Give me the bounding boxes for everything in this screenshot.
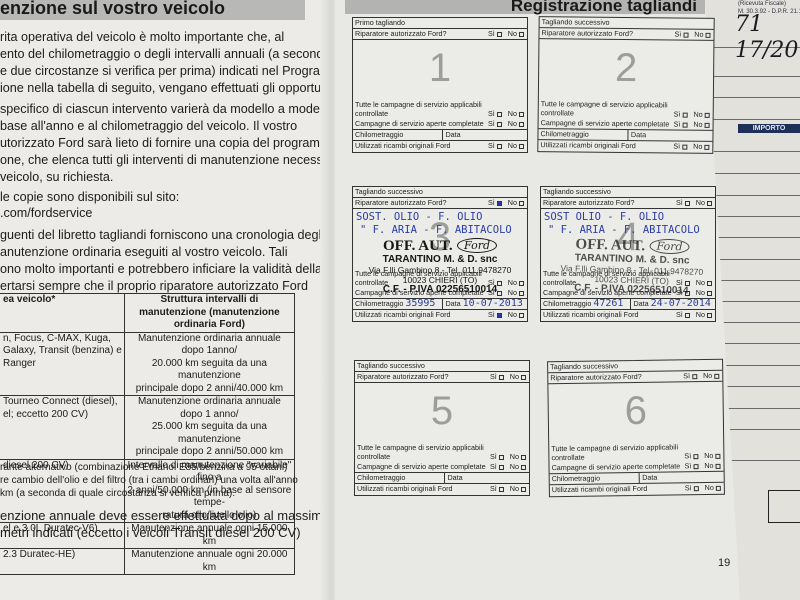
paragraph-line: specifico di ciascun intervento varierà … xyxy=(0,101,333,118)
no-checkbox[interactable] xyxy=(519,112,524,117)
receipt-handwriting: 71 17/2018 xyxy=(735,12,800,64)
vehicle-cell: 2.3 Duratec-HE) xyxy=(0,549,124,575)
yes-label: Sì xyxy=(674,110,681,119)
no-checkbox[interactable] xyxy=(519,144,524,149)
workshop-stamp: OFF. AUT. Ford TARANTINO M. & D. sncVia … xyxy=(543,235,720,298)
card-body: 5 xyxy=(355,383,529,443)
campaigns-checked-row: Tutte le campagne di servizio applicabil… xyxy=(539,99,713,119)
yes-label: Sì xyxy=(490,462,497,471)
handwritten-note: " F. ARIA - F. ABITACOLO xyxy=(360,224,512,236)
card-body: 6 xyxy=(548,382,723,444)
yes-label: Sì xyxy=(488,141,495,150)
left-page: enzione sul vostro veicolo rita operativ… xyxy=(0,0,320,600)
no-checkbox[interactable] xyxy=(519,32,524,37)
no-label: No xyxy=(696,310,705,319)
card-title: Primo tagliando xyxy=(353,18,527,29)
mileage-field[interactable]: Chilometraggio xyxy=(353,130,443,140)
yes-label: Sì xyxy=(684,461,691,470)
campaigns-checked-row: Tutte le campagne di servizio applicabil… xyxy=(355,443,529,461)
no-label: No xyxy=(693,120,702,129)
date-field[interactable]: Data xyxy=(445,473,529,483)
yes-checkbox[interactable] xyxy=(497,313,502,318)
no-label: No xyxy=(508,198,517,207)
interval-cell: Manutenzione annuale ogni 20.000 km xyxy=(124,549,294,575)
note-line: metri indicati (eccetto i veicoli Transi… xyxy=(0,524,301,541)
original-parts-row: Utilizzati ricambi originali FordSì No xyxy=(353,310,527,321)
note-line: enzione annuale deve essere effettuata d… xyxy=(0,507,329,524)
vehicle-cell: n, Focus, C-MAX, Kuga,Galaxy, Transit (b… xyxy=(0,332,124,396)
table-row: n, Focus, C-MAX, Kuga,Galaxy, Transit (b… xyxy=(0,332,295,396)
no-checkbox[interactable] xyxy=(716,463,721,468)
date-field[interactable]: Data xyxy=(443,130,527,140)
left-page-header: enzione sul vostro veicolo xyxy=(0,0,305,20)
card-body: 2 xyxy=(539,39,714,101)
yes-checkbox[interactable] xyxy=(499,487,504,492)
date-field[interactable]: Data xyxy=(629,130,713,141)
no-label: No xyxy=(508,119,517,128)
no-label: No xyxy=(693,142,702,151)
date-field[interactable]: Data xyxy=(640,472,724,483)
service-card-2: Tagliando successivo Riparatore autorizz… xyxy=(537,16,714,154)
no-label: No xyxy=(703,371,712,380)
service-card-5: Tagliando successivo Riparatore autorizz… xyxy=(354,360,530,496)
interval-cell: Manutenzione ordinaria annuale dopo 1 an… xyxy=(124,396,294,460)
no-label: No xyxy=(510,452,519,461)
original-parts-row: Utilizzati ricambi originali FordSì No xyxy=(355,484,529,495)
date-field[interactable]: Data 24-07-2014 xyxy=(631,299,715,309)
no-label: No xyxy=(508,29,517,38)
receipt-title: (Ricevuta Fiscale) xyxy=(738,0,800,8)
yes-label: Sì xyxy=(490,452,497,461)
left-page-title: enzione sul vostro veicolo xyxy=(0,0,225,19)
campaigns-checked-row: Tutte le campagne di servizio applicabil… xyxy=(353,100,527,118)
no-label: No xyxy=(704,451,713,460)
no-checkbox[interactable] xyxy=(519,201,524,206)
paragraph-line: one, che elenca tutti gli interventi di … xyxy=(0,152,337,169)
card-number: 2 xyxy=(539,45,713,92)
no-checkbox[interactable] xyxy=(715,453,720,458)
yes-checkbox[interactable] xyxy=(499,455,504,460)
mileage-date-row: Chilometraggio 35995 Data 10-07-2013 xyxy=(353,299,527,310)
no-label: No xyxy=(508,141,517,150)
yes-checkbox[interactable] xyxy=(497,201,502,206)
handwritten-note: SOST. OLIO - F. OLIO xyxy=(356,211,482,223)
mileage-field[interactable]: Chilometraggio xyxy=(538,129,629,140)
no-label: No xyxy=(704,461,713,470)
no-checkbox[interactable] xyxy=(714,373,719,378)
no-checkbox[interactable] xyxy=(705,122,710,127)
yes-label: Sì xyxy=(676,310,683,319)
no-label: No xyxy=(510,484,519,493)
mileage-field[interactable]: Chilometraggio xyxy=(355,473,445,483)
yes-checkbox[interactable] xyxy=(685,313,690,318)
original-parts-row: Utilizzati ricambi originali FordSì No xyxy=(353,141,527,152)
no-label: No xyxy=(693,110,702,119)
paragraph-line: guenti del libretto tagliandi forniscono… xyxy=(0,227,324,244)
paragraph-line: utorizzato Ford sarà lieto di fornire un… xyxy=(0,135,337,152)
yes-checkbox[interactable] xyxy=(499,465,504,470)
no-checkbox[interactable] xyxy=(519,122,524,127)
yes-label: Sì xyxy=(488,109,495,118)
date-field[interactable]: Data 10-07-2013 xyxy=(443,299,527,309)
paragraph-line: veicolo, su richiesta. xyxy=(0,169,113,186)
no-label: No xyxy=(508,109,517,118)
no-checkbox[interactable] xyxy=(521,465,526,470)
yes-checkbox[interactable] xyxy=(693,464,698,469)
yes-checkbox[interactable] xyxy=(682,112,687,117)
original-parts-row: Utilizzati ricambi originali FordSì No xyxy=(550,483,724,496)
repairer-row: Riparatore autorizzato Ford?Sì No xyxy=(353,198,527,209)
yes-label: Sì xyxy=(488,29,495,38)
yes-label: Sì xyxy=(488,310,495,319)
card-title: Tagliando successivo xyxy=(355,361,529,372)
no-label: No xyxy=(705,483,714,492)
yes-checkbox[interactable] xyxy=(499,375,504,380)
mileage-field[interactable]: Chilometraggio 35995 xyxy=(353,299,443,309)
card-number: 5 xyxy=(355,389,529,434)
no-checkbox[interactable] xyxy=(707,201,712,206)
mileage-date-row: Chilometraggio Data xyxy=(353,130,527,141)
footnote-line: re cambio dell'olio e del filtro (tra i … xyxy=(0,475,298,488)
paragraph-line: rita operativa del veicolo è molto impor… xyxy=(0,29,284,46)
paragraph-line: le copie sono disponibili sul sito: xyxy=(0,189,179,206)
table-row: 2.3 Duratec-HE)Manutenzione annuale ogni… xyxy=(0,549,295,575)
handwritten-note: SOST OLIO - F. OLIO xyxy=(544,211,664,223)
no-checkbox[interactable] xyxy=(521,487,526,492)
receipt-box xyxy=(768,490,800,523)
yes-checkbox[interactable] xyxy=(497,32,502,37)
card-number: 6 xyxy=(548,388,723,435)
card-title: Tagliando successivo xyxy=(353,187,527,198)
no-checkbox[interactable] xyxy=(707,313,712,318)
paragraph-line: e due circostanze si verifica per prima)… xyxy=(0,63,348,80)
interval-cell: Manutenzione ordinaria annuale dopo 1ann… xyxy=(124,332,294,396)
yes-checkbox[interactable] xyxy=(693,454,698,459)
service-link[interactable]: .com/fordservice xyxy=(0,205,92,222)
yes-checkbox[interactable] xyxy=(694,486,699,491)
yes-label: Sì xyxy=(490,372,497,381)
paragraph-line: ono molto importanti e potrebbero infici… xyxy=(0,261,322,278)
card-body: 1 xyxy=(353,40,527,100)
original-parts-row: Utilizzati ricambi originali FordSì No xyxy=(538,140,712,153)
right-page-header: Registrazione tagliandi xyxy=(345,0,705,14)
no-label: No xyxy=(696,198,705,207)
receipt-number: 71 xyxy=(735,12,800,38)
repairer-row: Riparatore autorizzato Ford?Sì No xyxy=(541,198,715,209)
no-checkbox[interactable] xyxy=(521,375,526,380)
yes-label: Sì xyxy=(488,119,495,128)
service-card-6: Tagliando successivo Riparatore autorizz… xyxy=(547,359,725,497)
yes-checkbox[interactable] xyxy=(682,122,687,127)
receipt-date: 17/2018 xyxy=(735,38,800,64)
card-title: Tagliando successivo xyxy=(541,187,715,198)
no-checkbox[interactable] xyxy=(705,112,710,117)
yes-label: Sì xyxy=(685,483,692,492)
yes-checkbox[interactable] xyxy=(692,374,697,379)
mileage-field[interactable]: Chilometraggio xyxy=(550,473,641,484)
no-checkbox[interactable] xyxy=(716,485,721,490)
mileage-date-row: Chilometraggio 47261 Data 24-07-2014 xyxy=(541,299,715,310)
yes-label: Sì xyxy=(674,120,681,129)
service-card-1: Primo tagliando Riparatore autorizzato F… xyxy=(352,17,528,153)
right-page-title: Registrazione tagliandi xyxy=(511,0,697,16)
no-checkbox[interactable] xyxy=(519,313,524,318)
yes-label: Sì xyxy=(684,451,691,460)
campaigns-completed-row: Campagne di servizio aperte completateSì… xyxy=(355,461,529,473)
paragraph-line: base all'anno e al chilometraggio del ve… xyxy=(0,118,297,135)
yes-checkbox[interactable] xyxy=(497,122,502,127)
footnote-line: km (a seconda di quale circostanza si ve… xyxy=(0,488,235,501)
paragraph-line: ento del chilometraggio o degli interval… xyxy=(0,46,330,63)
vehicle-cell: Tourneo Connect (diesel),el; eccetto 200… xyxy=(0,396,124,460)
paragraph-line: ione nella tabella di seguito, vengano e… xyxy=(0,80,331,97)
table-row: Tourneo Connect (diesel),el; eccetto 200… xyxy=(0,396,295,460)
repairer-row: Riparatore autorizzato Ford?Sì No xyxy=(353,29,527,40)
footnote-line: rante alternativo (combinazione Ethanol … xyxy=(0,462,287,475)
no-checkbox[interactable] xyxy=(706,32,711,37)
yes-checkbox[interactable] xyxy=(497,144,502,149)
table-header-vehicle: ea veicolo* xyxy=(0,294,124,333)
original-parts-row: Utilizzati ricambi originali FordSì No xyxy=(541,310,715,321)
campaigns-completed-row: Campagne di servizio aperte completateSì… xyxy=(353,118,527,130)
yes-label: Sì xyxy=(676,198,683,207)
yes-checkbox[interactable] xyxy=(685,201,690,206)
no-label: No xyxy=(694,30,703,39)
mileage-date-row: Chilometraggio Data xyxy=(355,473,529,484)
page-number: 19 xyxy=(718,557,730,569)
paragraph-line: anutenzione ordinaria eseguiti al vostro… xyxy=(0,244,288,261)
yes-checkbox[interactable] xyxy=(683,32,688,37)
yes-checkbox[interactable] xyxy=(497,112,502,117)
yes-checkbox[interactable] xyxy=(682,144,687,149)
repairer-row: Riparatore autorizzato Ford?Sì No xyxy=(355,372,529,383)
workshop-stamp: OFF. AUT. Ford TARANTINO M. & D. sncVia … xyxy=(352,237,528,295)
handwritten-note: " F. ARIA - F. ABITACOLO xyxy=(548,224,700,236)
yes-label: Sì xyxy=(674,30,681,39)
importo-label: IMPORTO xyxy=(738,124,800,133)
table-header-interval: Struttura intervalli di manutenzione (ma… xyxy=(124,294,294,333)
no-label: No xyxy=(510,372,519,381)
mileage-field[interactable]: Chilometraggio 47261 xyxy=(541,299,631,309)
card-number: 1 xyxy=(353,46,527,91)
yes-label: Sì xyxy=(683,371,690,380)
no-checkbox[interactable] xyxy=(521,455,526,460)
yes-label: Sì xyxy=(673,141,680,150)
no-label: No xyxy=(510,462,519,471)
yes-label: Sì xyxy=(488,198,495,207)
no-label: No xyxy=(508,310,517,319)
yes-label: Sì xyxy=(490,484,497,493)
no-checkbox[interactable] xyxy=(704,144,709,149)
